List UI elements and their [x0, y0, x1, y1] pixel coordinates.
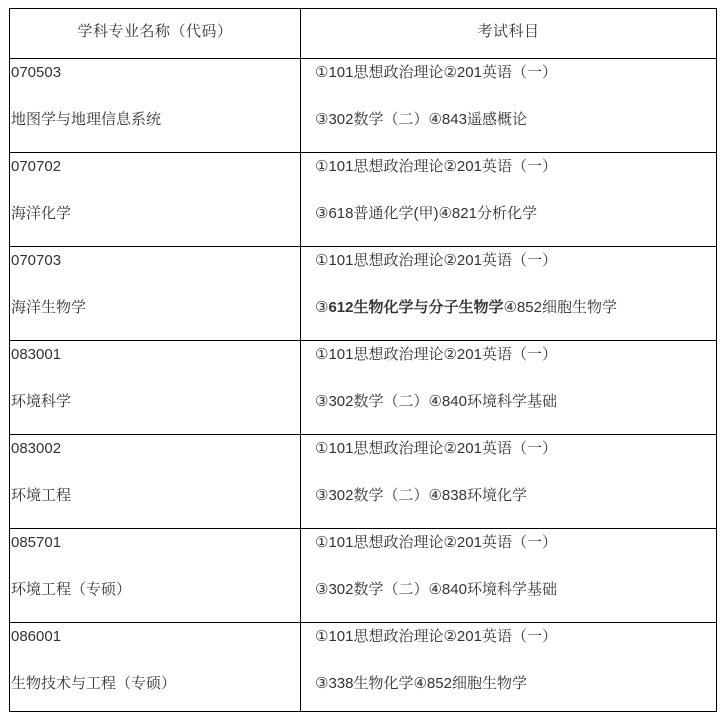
- subjects-line2: ③612生物化学与分子生物学④852细胞生物学: [315, 299, 714, 317]
- subjects-line1: ①101思想政治理论②201英语（一）: [315, 346, 714, 364]
- exam-subjects-table: 学科专业名称（代码） 考试科目 070503 地图学与地理信息系统 ①101思想…: [9, 8, 717, 712]
- major-cell: 083002 环境工程: [10, 435, 301, 529]
- major-cell: 083001 环境科学: [10, 341, 301, 435]
- table-row: 070702 海洋化学 ①101思想政治理论②201英语（一） ③618普通化学…: [10, 153, 717, 247]
- subjects-line2-segment: ③302数学（二）④843遥感概论: [315, 111, 527, 128]
- major-name: 海洋化学: [11, 205, 298, 223]
- major-name: 环境科学: [11, 393, 298, 411]
- major-code: 070703: [11, 252, 298, 270]
- subjects-line2: ③302数学（二）④840环境科学基础: [315, 393, 714, 411]
- major-cell: 070703 海洋生物学: [10, 247, 301, 341]
- subjects-line2-segment: ③302数学（二）④838环境化学: [315, 487, 527, 504]
- table-row: 086001 生物技术与工程（专硕） ①101思想政治理论②201英语（一） ③…: [10, 623, 717, 712]
- column-header-exam-subjects: 考试科目: [301, 9, 717, 59]
- subjects-line1: ①101思想政治理论②201英语（一）: [315, 534, 714, 552]
- subjects-line2-bold-segment: 612生物化学与分子生物学: [328, 299, 503, 316]
- subjects-line2-segment: ③302数学（二）④840环境科学基础: [315, 393, 557, 410]
- major-code: 083001: [11, 346, 298, 364]
- major-name: 环境工程: [11, 487, 298, 505]
- subjects-line2-segment: ③302数学（二）④840环境科学基础: [315, 581, 557, 598]
- subjects-line2: ③302数学（二）④840环境科学基础: [315, 581, 714, 599]
- subjects-cell: ①101思想政治理论②201英语（一） ③618普通化学(甲)④821分析化学: [301, 153, 717, 247]
- subjects-line2-segment: ④852细胞生物学: [503, 299, 616, 316]
- subjects-cell: ①101思想政治理论②201英语（一） ③302数学（二）④840环境科学基础: [301, 341, 717, 435]
- subjects-cell: ①101思想政治理论②201英语（一） ③302数学（二）④840环境科学基础: [301, 529, 717, 623]
- table-row: 085701 环境工程（专硕） ①101思想政治理论②201英语（一） ③302…: [10, 529, 717, 623]
- major-name: 生物技术与工程（专硕）: [11, 675, 298, 693]
- subjects-line2: ③302数学（二）④838环境化学: [315, 487, 714, 505]
- major-cell: 086001 生物技术与工程（专硕）: [10, 623, 301, 712]
- subjects-line2-segment: ③338生物化学④852细胞生物学: [315, 675, 527, 692]
- subjects-line2-segment: ③: [315, 299, 328, 316]
- table-row: 070503 地图学与地理信息系统 ①101思想政治理论②201英语（一） ③3…: [10, 59, 717, 153]
- page: 学科专业名称（代码） 考试科目 070503 地图学与地理信息系统 ①101思想…: [0, 0, 724, 721]
- table-row: 083002 环境工程 ①101思想政治理论②201英语（一） ③302数学（二…: [10, 435, 717, 529]
- table-header-row: 学科专业名称（代码） 考试科目: [10, 9, 717, 59]
- major-name: 海洋生物学: [11, 299, 298, 317]
- major-code: 083002: [11, 440, 298, 458]
- column-header-major-name-code: 学科专业名称（代码）: [10, 9, 301, 59]
- table-row: 083001 环境科学 ①101思想政治理论②201英语（一） ③302数学（二…: [10, 341, 717, 435]
- table-row: 070703 海洋生物学 ①101思想政治理论②201英语（一） ③612生物化…: [10, 247, 717, 341]
- major-code: 070503: [11, 64, 298, 82]
- subjects-line1: ①101思想政治理论②201英语（一）: [315, 440, 714, 458]
- subjects-cell: ①101思想政治理论②201英语（一） ③338生物化学④852细胞生物学: [301, 623, 717, 712]
- subjects-line1: ①101思想政治理论②201英语（一）: [315, 158, 714, 176]
- subjects-line1: ①101思想政治理论②201英语（一）: [315, 252, 714, 270]
- subjects-line2: ③618普通化学(甲)④821分析化学: [315, 205, 714, 223]
- subjects-line1: ①101思想政治理论②201英语（一）: [315, 64, 714, 82]
- subjects-cell: ①101思想政治理论②201英语（一） ③302数学（二）④838环境化学: [301, 435, 717, 529]
- major-code: 070702: [11, 158, 298, 176]
- major-name: 地图学与地理信息系统: [11, 111, 298, 129]
- subjects-cell: ①101思想政治理论②201英语（一） ③612生物化学与分子生物学④852细胞…: [301, 247, 717, 341]
- major-name: 环境工程（专硕）: [11, 581, 298, 599]
- major-cell: 070503 地图学与地理信息系统: [10, 59, 301, 153]
- major-cell: 070702 海洋化学: [10, 153, 301, 247]
- subjects-line2: ③338生物化学④852细胞生物学: [315, 675, 714, 693]
- major-code: 085701: [11, 534, 298, 552]
- subjects-cell: ①101思想政治理论②201英语（一） ③302数学（二）④843遥感概论: [301, 59, 717, 153]
- major-code: 086001: [11, 628, 298, 646]
- major-cell: 085701 环境工程（专硕）: [10, 529, 301, 623]
- subjects-line1: ①101思想政治理论②201英语（一）: [315, 628, 714, 646]
- subjects-line2-segment: ③618普通化学(甲)④821分析化学: [315, 205, 537, 222]
- subjects-line2: ③302数学（二）④843遥感概论: [315, 111, 714, 129]
